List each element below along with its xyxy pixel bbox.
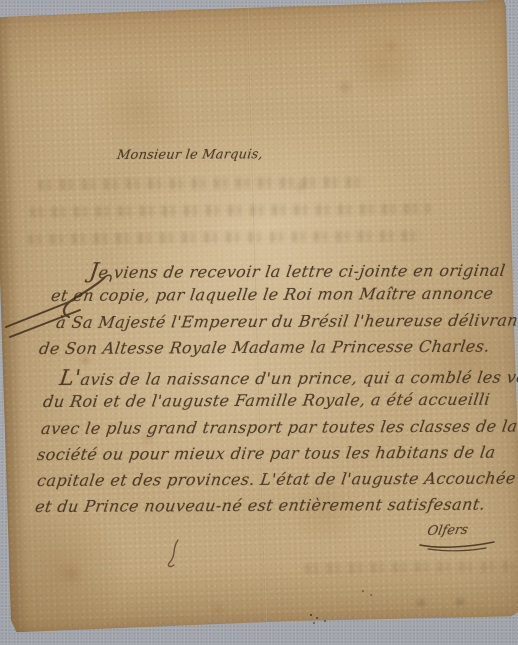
bleed-through-mark xyxy=(453,596,467,608)
photo-backdrop: Monsieur le Marquis, Je viens de recevoi… xyxy=(0,0,518,645)
bleed-through-text xyxy=(305,561,515,574)
letter-line: Je viens de recevoir la lettre ci-jointe… xyxy=(88,257,507,284)
letter-line: et en copie, par laquelle le Roi mon Maî… xyxy=(50,284,495,305)
bleed-through-text xyxy=(28,230,423,244)
letter-line: de Son Altesse Royale Madame la Princess… xyxy=(38,337,491,358)
letter-line: capitale et des provinces. L'état de l'a… xyxy=(36,468,517,490)
letter-text-layer: Monsieur le Marquis, Je viens de recevoi… xyxy=(0,0,518,645)
letter-line: à Sa Majesté l'Empereur du Brésil l'heur… xyxy=(55,310,518,332)
letter-line: du Roi et de l'auguste Famille Royale, a… xyxy=(42,390,491,411)
letter-line: et du Prince nouveau-né est entièrement … xyxy=(34,495,487,516)
signature: Olfers xyxy=(426,523,469,539)
letter-salutation: Monsieur le Marquis, xyxy=(116,147,264,163)
bleed-through-text xyxy=(30,203,430,217)
letter-line: avec le plus grand transport par toutes … xyxy=(40,417,518,438)
letter-line: L'avis de la naissance d'un prince, qui … xyxy=(58,363,518,391)
bleed-through-mark xyxy=(414,597,428,609)
letter-line: société ou pour mieux dire par tous les … xyxy=(36,443,497,464)
bleed-through-text xyxy=(38,177,368,191)
ink-specks xyxy=(310,614,312,616)
